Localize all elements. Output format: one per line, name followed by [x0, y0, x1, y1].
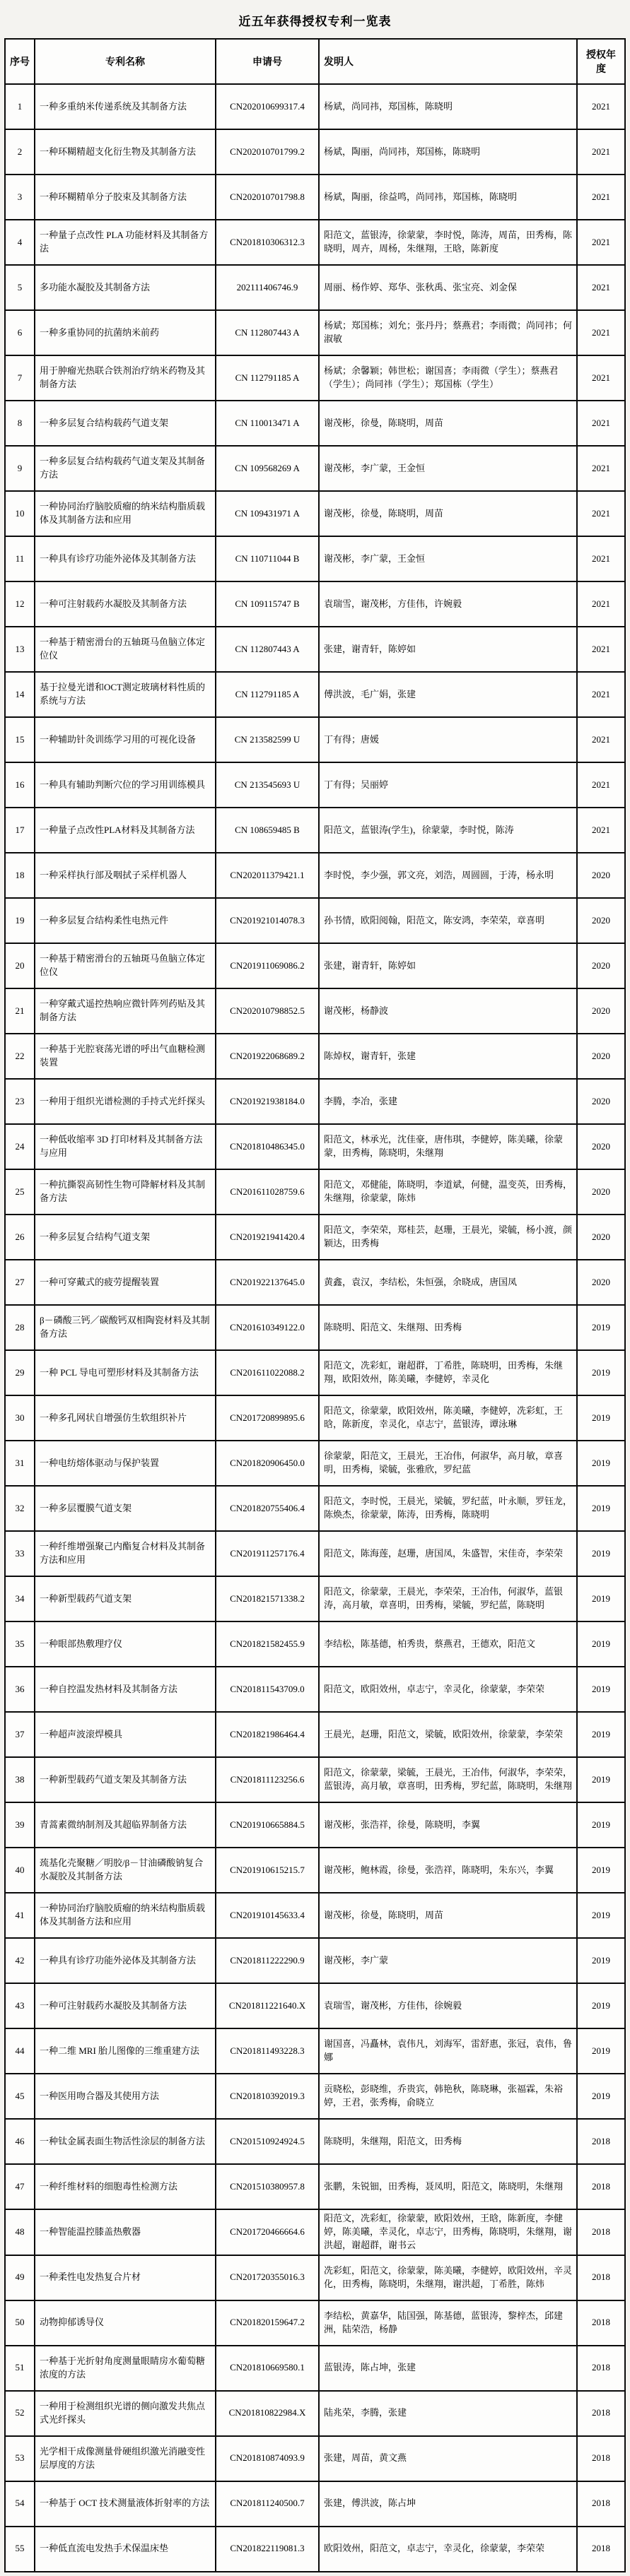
table-row: 33一种纤维增强聚己内酯复合材料及其制备方法和应用CN201911257176.…	[5, 1531, 625, 1576]
table-row: 23一种用于组织光谱检测的手持式光纤探头CN201921938184.0李腾，李…	[5, 1079, 625, 1124]
year-cell: 2018	[577, 2300, 625, 2346]
application-number-cell: CN201822119081.3	[216, 2527, 319, 2572]
year-cell: 2020	[577, 943, 625, 988]
patent-name-cell: 一种基于精密滑台的五轴斑马鱼脑立体定位仪	[35, 943, 216, 988]
inventors-cell: 丁有得；吴丽婷	[319, 762, 577, 808]
application-number-cell: 202111406746.9	[216, 265, 319, 310]
inventors-cell: 李结松，黄嘉华，陆国强，陈基德，蓝银涛，黎梓杰，邱建洲，陆荣浩，杨静	[319, 2300, 577, 2346]
table-row: 46一种钛金属表面生物活性涂层的制备方法CN201510924924.5陈晓明，…	[5, 2119, 625, 2164]
application-number-cell: CN201922068689.2	[216, 1034, 319, 1079]
inventors-cell: 谢茂彬，李广蒙	[319, 1938, 577, 1983]
year-cell: 2020	[577, 1169, 625, 1215]
application-number-cell: CN201720466664.6	[216, 2209, 319, 2255]
year-cell: 2020	[577, 1034, 625, 1079]
row-number-cell: 40	[5, 1848, 35, 1893]
table-row: 26一种多层复合结构气道支架CN201921941420.4阳范文，李荣荣，郑桂…	[5, 1215, 625, 1260]
application-number-cell: CN 213582599 U	[216, 717, 319, 762]
patent-name-cell: 一种抗撕裂高韧性生物可降解材料及其制备方法	[35, 1169, 216, 1215]
inventors-cell: 杨斌；郑国栋；刘允；张丹丹；蔡燕君；李雨微；尚同祎；何淑敏	[319, 310, 577, 355]
application-number-cell: CN201911257176.4	[216, 1531, 319, 1576]
row-number-cell: 36	[5, 1667, 35, 1712]
year-cell: 2021	[577, 265, 625, 310]
year-cell: 2019	[577, 1576, 625, 1621]
year-cell: 2019	[577, 1486, 625, 1531]
table-row: 53光学相干成像测量骨硬组织激光消融变性层厚度的方法CN201810874093…	[5, 2436, 625, 2481]
year-cell: 2021	[577, 446, 625, 491]
application-number-cell: CN201811123256.6	[216, 1757, 319, 1802]
application-number-cell: CN201510924924.5	[216, 2119, 319, 2164]
inventors-cell: 谢茂彬，徐曼，陈晓明，周苗	[319, 401, 577, 446]
table-row: 38一种新型载药气道支架及其制备方法CN201811123256.6阳范文，徐蒙…	[5, 1757, 625, 1802]
table-row: 16一种具有辅助判断穴位的学习用训练模具CN 213545693 U丁有得；吴丽…	[5, 762, 625, 808]
header-row: 序号 专利名称 申请号 发明人 授权年度	[5, 39, 625, 84]
patent-name-cell: 多功能水凝胶及其制备方法	[35, 265, 216, 310]
row-number-cell: 45	[5, 2074, 35, 2119]
row-number-cell: 7	[5, 355, 35, 401]
table-row: 44一种二维 MRI 胎儿图像的三维重建方法CN201811493228.3谢国…	[5, 2028, 625, 2074]
patent-name-cell: 一种钛金属表面生物活性涂层的制备方法	[35, 2119, 216, 2164]
inventors-cell: 谢茂彬，张浩祥，徐曼，陈晓明，李翼	[319, 1802, 577, 1848]
patent-name-cell: 巯基化壳聚糖／明胶/β－甘油磷酸钠复合水凝胶及其制备方法	[35, 1848, 216, 1893]
row-number-cell: 22	[5, 1034, 35, 1079]
patent-name-cell: 一种基于光折射角度测量眼睛房水葡萄糖浓度的方法	[35, 2346, 216, 2391]
year-cell: 2018	[577, 2436, 625, 2481]
patent-name-cell: 一种纤维材料的细胞毒性检测方法	[35, 2164, 216, 2209]
patent-name-cell: 一种多孔网状自增强仿生软组织补片	[35, 1395, 216, 1441]
row-number-cell: 8	[5, 401, 35, 446]
patent-name-cell: 一种 PCL 导电可塑形材料及其制备方法	[35, 1350, 216, 1395]
year-cell: 2021	[577, 175, 625, 220]
table-row: 3一种环糊精单分子胶束及其制备方法CN202010701798.8杨斌，陶丽，徐…	[5, 175, 625, 220]
year-cell: 2020	[577, 1260, 625, 1305]
year-cell: 2019	[577, 1757, 625, 1802]
table-body: 1一种多重纳米传递系统及其制备方法CN202010699317.4杨斌，尚同祎，…	[5, 84, 625, 2572]
year-cell: 2021	[577, 491, 625, 536]
inventors-cell: 冼彩虹，阳范文，徐蒙蒙，陈美曦，李健婷，欧阳效州，辛灵化，田秀梅，陈晓明，朱继翔…	[319, 2255, 577, 2300]
patent-name-cell: 一种采样执行部及咽拭子采样机器人	[35, 853, 216, 898]
row-number-cell: 47	[5, 2164, 35, 2209]
year-cell: 2021	[577, 220, 625, 265]
table-row: 14基于拉曼光谱和OCT测定玻璃材料性质的系统与方法CN 112791185 A…	[5, 672, 625, 717]
inventors-cell: 张建，傅洪波，陈占坤	[319, 2481, 577, 2527]
table-row: 19一种多层复合结构柔性电热元件CN201921014078.3孙书情，欧阳阅翰…	[5, 898, 625, 943]
application-number-cell: CN201811493228.3	[216, 2028, 319, 2074]
table-row: 24一种低收缩率 3D 打印材料及其制备方法与应用CN201810486345.…	[5, 1124, 625, 1169]
patent-name-cell: 动物抑郁诱导仪	[35, 2300, 216, 2346]
table-row: 22一种基于光腔衰荡光谱的呼出气血糖检测装置CN201922068689.2陈焯…	[5, 1034, 625, 1079]
table-row: 4一种量子点改性 PLA 功能材料及其制备方法CN201810306312.3阳…	[5, 220, 625, 265]
inventors-cell: 谢茂彬，李广蒙，王金恒	[319, 536, 577, 581]
year-cell: 2019	[577, 2074, 625, 2119]
patent-name-cell: 一种量子点改性 PLA 功能材料及其制备方法	[35, 220, 216, 265]
table-row: 37一种超声波滚焊模具CN201821986464.4王晨光，赵珊，阳范文，梁毓…	[5, 1712, 625, 1757]
inventors-cell: 阳范文，蓝银涛(学生)，徐蒙蒙，李时悦，陈涛	[319, 808, 577, 853]
patent-name-cell: 一种基于光腔衰荡光谱的呼出气血糖检测装置	[35, 1034, 216, 1079]
row-number-cell: 15	[5, 717, 35, 762]
patent-name-cell: 一种多层复合结构载药气道支架及其制备方法	[35, 446, 216, 491]
table-row: 39青蒿素微纳制剂及其超临界制备方法CN201910665884.5谢茂彬，张浩…	[5, 1802, 625, 1848]
application-number-cell: CN 109568269 A	[216, 446, 319, 491]
table-row: 35一种眼部热敷理疗仪CN201821582455.9李结松，陈基德，柏秀贵，蔡…	[5, 1621, 625, 1667]
inventors-cell: 孙书情，欧阳阅翰，阳范文，陈安鸿，李荣荣，章喜明	[319, 898, 577, 943]
patent-name-cell: 一种多层覆膜气道支架	[35, 1486, 216, 1531]
table-row: 43一种可注射载药水凝胶及其制备方法CN201811221640.X袁瑞雪，谢茂…	[5, 1983, 625, 2028]
row-number-cell: 9	[5, 446, 35, 491]
table-row: 7用于肿瘤光热联合铁剂治疗纳米药物及其制备方法CN 112791185 A杨斌；…	[5, 355, 625, 401]
row-number-cell: 3	[5, 175, 35, 220]
row-number-cell: 26	[5, 1215, 35, 1260]
year-cell: 2019	[577, 1938, 625, 1983]
patent-name-cell: 一种环糊精单分子胶束及其制备方法	[35, 175, 216, 220]
table-row: 30一种多孔网状自增强仿生软组织补片CN201720899895.6阳范文，徐蒙…	[5, 1395, 625, 1441]
year-cell: 2018	[577, 2164, 625, 2209]
inventors-cell: 阳范文，冼彩虹，谢超群，丁希胜，陈晓明，田秀梅，朱继翔，欧阳效州，陈美曦，李健婷…	[319, 1350, 577, 1395]
table-row: 1一种多重纳米传递系统及其制备方法CN202010699317.4杨斌，尚同祎，…	[5, 84, 625, 129]
inventors-cell: 阳范文，徐蒙蒙，欧阳效州，陈美曦，李健婷，冼彩虹，王晗，陈新度，幸灵化，卓志宁，…	[319, 1395, 577, 1441]
year-cell: 2021	[577, 310, 625, 355]
application-number-cell: CN201921941420.4	[216, 1215, 319, 1260]
patent-name-cell: 青蒿素微纳制剂及其超临界制备方法	[35, 1802, 216, 1848]
row-number-cell: 10	[5, 491, 35, 536]
application-number-cell: CN201510380957.8	[216, 2164, 319, 2209]
inventors-cell: 傅洪波，毛广娟，张建	[319, 672, 577, 717]
application-number-cell: CN201611028759.6	[216, 1169, 319, 1215]
application-number-cell: CN201910615215.7	[216, 1848, 319, 1893]
year-cell: 2019	[577, 1667, 625, 1712]
header-year: 授权年度	[577, 39, 625, 84]
table-row: 20一种基于精密滑台的五轴斑马鱼脑立体定位仪CN201911069086.2张建…	[5, 943, 625, 988]
application-number-cell: CN201810669580.1	[216, 2346, 319, 2391]
year-cell: 2019	[577, 1350, 625, 1395]
row-number-cell: 50	[5, 2300, 35, 2346]
table-row: 18一种采样执行部及咽拭子采样机器人CN202011379421.1李时悦，李少…	[5, 853, 625, 898]
patent-name-cell: 一种低直流电发热手术保温床垫	[35, 2527, 216, 2572]
row-number-cell: 41	[5, 1893, 35, 1938]
row-number-cell: 20	[5, 943, 35, 988]
patent-name-cell: 一种基于 OCT 技术测量液体折射率的方法	[35, 2481, 216, 2527]
inventors-cell: 阳范文，欧阳效州，卓志宁，幸灵化，徐蒙蒙，李荣荣	[319, 1667, 577, 1712]
row-number-cell: 30	[5, 1395, 35, 1441]
table-row: 32一种多层覆膜气道支架CN201820755406.4阳范文，李时悦，王晨光，…	[5, 1486, 625, 1531]
patent-name-cell: β－磷酸三钙／碳酸钙双相陶瓷材料及其制备方法	[35, 1305, 216, 1350]
table-row: 10一种协同治疗脑胶质瘤的纳米结构脂质载体及其制备方法和应用CN 1094319…	[5, 491, 625, 536]
year-cell: 2019	[577, 1802, 625, 1848]
inventors-cell: 谢国喜，冯矗林，袁伟凡，刘海军，雷舒惠，张冠，袁伟，鲁娜	[319, 2028, 577, 2074]
table-row: 40巯基化壳聚糖／明胶/β－甘油磷酸钠复合水凝胶及其制备方法CN20191061…	[5, 1848, 625, 1893]
inventors-cell: 袁瑞雪，谢茂彬，方佳伟，许婉毅	[319, 581, 577, 627]
year-cell: 2019	[577, 1983, 625, 2028]
table-row: 45一种医用吻合器及其使用方法CN201810392019.3贡晓松，彭晓维，乔…	[5, 2074, 625, 2119]
row-number-cell: 46	[5, 2119, 35, 2164]
row-number-cell: 11	[5, 536, 35, 581]
inventors-cell: 蓝银涛，陈占坤，张建	[319, 2346, 577, 2391]
inventors-cell: 周丽、杨作婷、郑华、张秋禹、张宝亮、刘金保	[319, 265, 577, 310]
header-application-number: 申请号	[216, 39, 319, 84]
table-row: 47一种纤维材料的细胞毒性检测方法CN201510380957.8张鹏，朱锐钿，…	[5, 2164, 625, 2209]
year-cell: 2020	[577, 853, 625, 898]
table-row: 13一种基于精密滑台的五轴斑马鱼脑立体定位仪CN 112807443 A张建，谢…	[5, 627, 625, 672]
application-number-cell: CN201720899895.6	[216, 1395, 319, 1441]
patent-name-cell: 光学相干成像测量骨硬组织激光消融变性层厚度的方法	[35, 2436, 216, 2481]
patent-name-cell: 一种用于检测组织光谱的侧向激发共焦点式光纤探头	[35, 2391, 216, 2436]
application-number-cell: CN201611022088.2	[216, 1350, 319, 1395]
row-number-cell: 19	[5, 898, 35, 943]
table-row: 34一种新型载药气道支架CN201821571338.2阳范文，徐蒙蒙，王晨光，…	[5, 1576, 625, 1621]
patent-name-cell: 一种具有诊疗功能外泌体及其制备方法	[35, 1938, 216, 1983]
inventors-cell: 阳范文，徐蒙蒙，王晨光，李荣荣，王冶伟，何淑华，蓝银涛，高月敏，章喜明，田秀梅，…	[319, 1576, 577, 1621]
inventors-cell: 谢茂彬，鲍林霞，徐曼，张浩祥，陈晓明，朱东兴，李翼	[319, 1848, 577, 1893]
application-number-cell: CN201921014078.3	[216, 898, 319, 943]
application-number-cell: CN 112791185 A	[216, 355, 319, 401]
application-number-cell: CN 110711044 B	[216, 536, 319, 581]
year-cell: 2021	[577, 581, 625, 627]
year-cell: 2018	[577, 2527, 625, 2572]
inventors-cell: 谢茂彬，杨静波	[319, 988, 577, 1034]
inventors-cell: 张建，谢青轩，陈婷如	[319, 943, 577, 988]
row-number-cell: 14	[5, 672, 35, 717]
inventors-cell: 谢茂彬，徐曼，陈晓明，周苗	[319, 491, 577, 536]
patent-name-cell: 一种具有辅助判断穴位的学习用训练模具	[35, 762, 216, 808]
year-cell: 2019	[577, 1531, 625, 1576]
inventors-cell: 李时悦，李少强，郭文亮，刘浩，周圆圆，于涛，杨永明	[319, 853, 577, 898]
application-number-cell: CN201811221640.X	[216, 1983, 319, 2028]
header-patent-name: 专利名称	[35, 39, 216, 84]
year-cell: 2019	[577, 2028, 625, 2074]
row-number-cell: 33	[5, 1531, 35, 1576]
page-title: 近五年获得授权专利一览表	[0, 0, 630, 38]
table-row: 29一种 PCL 导电可塑形材料及其制备方法CN201611022088.2阳范…	[5, 1350, 625, 1395]
table-row: 25一种抗撕裂高韧性生物可降解材料及其制备方法CN201611028759.6阳…	[5, 1169, 625, 1215]
inventors-cell: 阳范文，邓健能，陈晓明，李道斌，何健，温变英，田秀梅，朱继翔，徐蒙蒙，陈炜	[319, 1169, 577, 1215]
year-cell: 2019	[577, 1441, 625, 1486]
header-row-number: 序号	[5, 39, 35, 84]
row-number-cell: 13	[5, 627, 35, 672]
patent-name-cell: 一种协同治疗脑胶质瘤的纳米结构脂质载体及其制备方法和应用	[35, 491, 216, 536]
patent-name-cell: 一种多层复合结构气道支架	[35, 1215, 216, 1260]
inventors-cell: 王晨光，赵珊，阳范文，梁毓，欧阳效州，徐蒙蒙，李荣荣	[319, 1712, 577, 1757]
row-number-cell: 31	[5, 1441, 35, 1486]
table-row: 27一种可穿戴式的疲劳提醒装置CN201922137645.0黄鑫，袁汉，李结松…	[5, 1260, 625, 1305]
patent-name-cell: 一种穿戴式遥控热响应微针阵列药贴及其制备方法	[35, 988, 216, 1034]
year-cell: 2018	[577, 2481, 625, 2527]
year-cell: 2021	[577, 129, 625, 175]
application-number-cell: CN201820906450.0	[216, 1441, 319, 1486]
patent-name-cell: 一种低收缩率 3D 打印材料及其制备方法与应用	[35, 1124, 216, 1169]
application-number-cell: CN 112807443 A	[216, 310, 319, 355]
row-number-cell: 43	[5, 1983, 35, 2028]
year-cell: 2018	[577, 2346, 625, 2391]
patent-name-cell: 一种电纺熔体驱动与保护装置	[35, 1441, 216, 1486]
patent-name-cell: 一种新型载药气道支架	[35, 1576, 216, 1621]
table-row: 31一种电纺熔体驱动与保护装置CN201820906450.0徐蒙蒙，阳范文，王…	[5, 1441, 625, 1486]
inventors-cell: 阳范文，徐蒙蒙，梁毓，王晨光，王冶伟，何淑华，李荣荣，蓝银涛，高月敏，章喜明，田…	[319, 1757, 577, 1802]
application-number-cell: CN202010798852.5	[216, 988, 319, 1034]
application-number-cell: CN201810874093.9	[216, 2436, 319, 2481]
row-number-cell: 52	[5, 2391, 35, 2436]
table-row: 12一种可注射载药水凝胶及其制备方法CN 109115747 B袁瑞雪，谢茂彬，…	[5, 581, 625, 627]
application-number-cell: CN 109431971 A	[216, 491, 319, 536]
year-cell: 2021	[577, 672, 625, 717]
row-number-cell: 21	[5, 988, 35, 1034]
application-number-cell: CN202011379421.1	[216, 853, 319, 898]
table-row: 42一种具有诊疗功能外泌体及其制备方法CN201811222290.9谢茂彬，李…	[5, 1938, 625, 1983]
patent-name-cell: 一种环糊精超支化衍生物及其制备方法	[35, 129, 216, 175]
inventors-cell: 杨斌，陶丽，徐益鸣，尚同祎，郑国栋，陈晓明	[319, 175, 577, 220]
row-number-cell: 51	[5, 2346, 35, 2391]
table-row: 55一种低直流电发热手术保温床垫CN201822119081.3欧阳效州，阳范文…	[5, 2527, 625, 2572]
row-number-cell: 44	[5, 2028, 35, 2074]
inventors-cell: 谢茂彬，徐曼，陈晓明，周苗	[319, 1893, 577, 1938]
patent-list-page: 近五年获得授权专利一览表 序号 专利名称 申请号 发明人 授权年度 1一种多重纳…	[0, 0, 630, 2572]
patents-table: 序号 专利名称 申请号 发明人 授权年度 1一种多重纳米传递系统及其制备方法CN…	[4, 38, 626, 2572]
year-cell: 2019	[577, 1893, 625, 1938]
row-number-cell: 55	[5, 2527, 35, 2572]
year-cell: 2019	[577, 1621, 625, 1667]
year-cell: 2020	[577, 898, 625, 943]
application-number-cell: CN201820755406.4	[216, 1486, 319, 1531]
inventors-cell: 丁有得；唐媛	[319, 717, 577, 762]
table-row: 15一种辅助针灸训练学习用的可视化设备CN 213582599 U丁有得；唐媛2…	[5, 717, 625, 762]
application-number-cell: CN201811240500.7	[216, 2481, 319, 2527]
inventors-cell: 李腾，李冶，张建	[319, 1079, 577, 1124]
table-row: 52一种用于检测组织光谱的侧向激发共焦点式光纤探头CN201810822984.…	[5, 2391, 625, 2436]
application-number-cell: CN202010701798.8	[216, 175, 319, 220]
year-cell: 2020	[577, 988, 625, 1034]
patent-name-cell: 一种基于精密滑台的五轴斑马鱼脑立体定位仪	[35, 627, 216, 672]
patent-name-cell: 一种智能温控膝盖热敷器	[35, 2209, 216, 2255]
inventors-cell: 杨斌；余馨颖；韩世松；谢国喜；李雨微（学生）；蔡燕君（学生）；尚同祎（学生）；郑…	[319, 355, 577, 401]
application-number-cell: CN 213545693 U	[216, 762, 319, 808]
application-number-cell: CN201810822984.X	[216, 2391, 319, 2436]
application-number-cell: CN201810306312.3	[216, 220, 319, 265]
application-number-cell: CN 112807443 A	[216, 627, 319, 672]
row-number-cell: 29	[5, 1350, 35, 1395]
year-cell: 2021	[577, 401, 625, 446]
patent-name-cell: 一种纤维增强聚己内酯复合材料及其制备方法和应用	[35, 1531, 216, 1576]
table-row: 41一种协同治疗脑胶质瘤的纳米结构脂质载体及其制备方法和应用CN20191014…	[5, 1893, 625, 1938]
row-number-cell: 39	[5, 1802, 35, 1848]
patent-name-cell: 一种多重纳米传递系统及其制备方法	[35, 84, 216, 129]
patent-name-cell: 一种二维 MRI 胎儿图像的三维重建方法	[35, 2028, 216, 2074]
row-number-cell: 25	[5, 1169, 35, 1215]
table-row: 9一种多层复合结构载药气道支架及其制备方法CN 109568269 A谢茂彬，李…	[5, 446, 625, 491]
inventors-cell: 杨斌，陶丽，尚同祎，郑国栋，陈晓明	[319, 129, 577, 175]
row-number-cell: 53	[5, 2436, 35, 2481]
row-number-cell: 2	[5, 129, 35, 175]
year-cell: 2019	[577, 1848, 625, 1893]
patent-name-cell: 一种可穿戴式的疲劳提醒装置	[35, 1260, 216, 1305]
application-number-cell: CN 112791185 A	[216, 672, 319, 717]
inventors-cell: 谢茂彬，李广蒙，王金恒	[319, 446, 577, 491]
application-number-cell: CN201910665884.5	[216, 1802, 319, 1848]
patent-name-cell: 一种新型载药气道支架及其制备方法	[35, 1757, 216, 1802]
year-cell: 2020	[577, 1124, 625, 1169]
row-number-cell: 49	[5, 2255, 35, 2300]
row-number-cell: 38	[5, 1757, 35, 1802]
inventors-cell: 贡晓松，彭晓维，乔贵宾，韩艳秋，陈晓琳，张福霖，朱裕婷，王君，张秀梅，俞晓立	[319, 2074, 577, 2119]
year-cell: 2021	[577, 717, 625, 762]
patent-name-cell: 一种多层复合结构载药气道支架	[35, 401, 216, 446]
row-number-cell: 23	[5, 1079, 35, 1124]
patent-name-cell: 一种眼部热敷理疗仪	[35, 1621, 216, 1667]
application-number-cell: CN201821571338.2	[216, 1576, 319, 1621]
application-number-cell: CN201910145633.4	[216, 1893, 319, 1938]
inventors-cell: 阳范文，陈海莲，赵珊，唐国凤，朱盛智，宋佳奇，李荣荣	[319, 1531, 577, 1576]
inventors-cell: 陈焯权，谢青轩，张建	[319, 1034, 577, 1079]
application-number-cell: CN 110013471 A	[216, 401, 319, 446]
inventors-cell: 张鹏，朱锐钿，田秀梅，聂凤明，阳范文，陈晓明，朱继翔	[319, 2164, 577, 2209]
row-number-cell: 6	[5, 310, 35, 355]
patent-name-cell: 一种可注射载药水凝胶及其制备方法	[35, 581, 216, 627]
inventors-cell: 陈晓明、阳范文、朱继翔、田秀梅	[319, 1305, 577, 1350]
year-cell: 2020	[577, 1079, 625, 1124]
inventors-cell: 陈晓明，朱继翔，阳范文，田秀梅	[319, 2119, 577, 2164]
patent-name-cell: 一种多层复合结构柔性电热元件	[35, 898, 216, 943]
year-cell: 2021	[577, 536, 625, 581]
application-number-cell: CN201911069086.2	[216, 943, 319, 988]
row-number-cell: 54	[5, 2481, 35, 2527]
inventors-cell: 袁瑞雪，谢茂彬，方佳伟，徐婉毅	[319, 1983, 577, 2028]
application-number-cell: CN201922137645.0	[216, 1260, 319, 1305]
table-row: 51一种基于光折射角度测量眼睛房水葡萄糖浓度的方法CN201810669580.…	[5, 2346, 625, 2391]
patent-name-cell: 一种协同治疗脑胶质瘤的纳米结构脂质载体及其制备方法和应用	[35, 1893, 216, 1938]
patent-name-cell: 一种可注射载药水凝胶及其制备方法	[35, 1983, 216, 2028]
year-cell: 2018	[577, 2391, 625, 2436]
year-cell: 2018	[577, 2255, 625, 2300]
inventors-cell: 阳范文，冼彩虹，徐蒙蒙，欧阳效州，王晗，陈新度，李健婷，陈美曦，幸灵化，卓志宁，…	[319, 2209, 577, 2255]
row-number-cell: 48	[5, 2209, 35, 2255]
year-cell: 2021	[577, 627, 625, 672]
table-row: 21一种穿戴式遥控热响应微针阵列药贴及其制备方法CN202010798852.5…	[5, 988, 625, 1034]
row-number-cell: 24	[5, 1124, 35, 1169]
inventors-cell: 欧阳效州，阳范文，卓志宁，幸灵化，徐蒙蒙，李荣荣	[319, 2527, 577, 2572]
inventors-cell: 徐蒙蒙，阳范文，王晨光，王冶伟，何淑华，高月敏，章喜明，田秀梅，梁毓，张雅欣，罗…	[319, 1441, 577, 1486]
table-row: 36一种自控温发热材料及其制备方法CN201811543709.0阳范文，欧阳效…	[5, 1667, 625, 1712]
year-cell: 2020	[577, 1215, 625, 1260]
patent-name-cell: 一种量子点改性PLA材料及其制备方法	[35, 808, 216, 853]
table-row: 50动物抑郁诱导仪CN201820159647.2李结松，黄嘉华，陆国强，陈基德…	[5, 2300, 625, 2346]
year-cell: 2021	[577, 762, 625, 808]
application-number-cell: CN201610349122.0	[216, 1305, 319, 1350]
patent-name-cell: 一种多重协同的抗菌纳米前药	[35, 310, 216, 355]
patent-name-cell: 一种自控温发热材料及其制备方法	[35, 1667, 216, 1712]
application-number-cell: CN 109115747 B	[216, 581, 319, 627]
application-number-cell: CN201810486345.0	[216, 1124, 319, 1169]
application-number-cell: CN201820159647.2	[216, 2300, 319, 2346]
year-cell: 2021	[577, 84, 625, 129]
row-number-cell: 34	[5, 1576, 35, 1621]
year-cell: 2018	[577, 2209, 625, 2255]
table-row: 17一种量子点改性PLA材料及其制备方法CN 108659485 B阳范文，蓝银…	[5, 808, 625, 853]
inventors-cell: 阳范文，林承光，沈佳豪，唐伟琪，李健婷，陈美曦，徐蒙蒙，田秀梅，陈晓明，朱继翔	[319, 1124, 577, 1169]
application-number-cell: CN202010699317.4	[216, 84, 319, 129]
patent-name-cell: 一种柔性电发热复合片材	[35, 2255, 216, 2300]
year-cell: 2019	[577, 1305, 625, 1350]
table-row: 2一种环糊精超支化衍生物及其制备方法CN202010701799.2杨斌，陶丽，…	[5, 129, 625, 175]
patent-name-cell: 一种用于组织光谱检测的手持式光纤探头	[35, 1079, 216, 1124]
inventors-cell: 阳范文，李荣荣，郑桂芸，赵珊，王晨光，梁毓，杨小渡，颜颖达，田秀梅	[319, 1215, 577, 1260]
patent-name-cell: 一种辅助针灸训练学习用的可视化设备	[35, 717, 216, 762]
patent-name-cell: 用于肿瘤光热联合铁剂治疗纳米药物及其制备方法	[35, 355, 216, 401]
patent-name-cell: 一种超声波滚焊模具	[35, 1712, 216, 1757]
inventors-cell: 张建，周苗，黄文燕	[319, 2436, 577, 2481]
table-row: 11一种具有诊疗功能外泌体及其制备方法CN 110711044 B谢茂彬，李广蒙…	[5, 536, 625, 581]
application-number-cell: CN201811222290.9	[216, 1938, 319, 1983]
year-cell: 2021	[577, 808, 625, 853]
application-number-cell: CN202010701799.2	[216, 129, 319, 175]
application-number-cell: CN201811543709.0	[216, 1667, 319, 1712]
table-row: 49一种柔性电发热复合片材CN201720355016.3冼彩虹，阳范文，徐蒙蒙…	[5, 2255, 625, 2300]
